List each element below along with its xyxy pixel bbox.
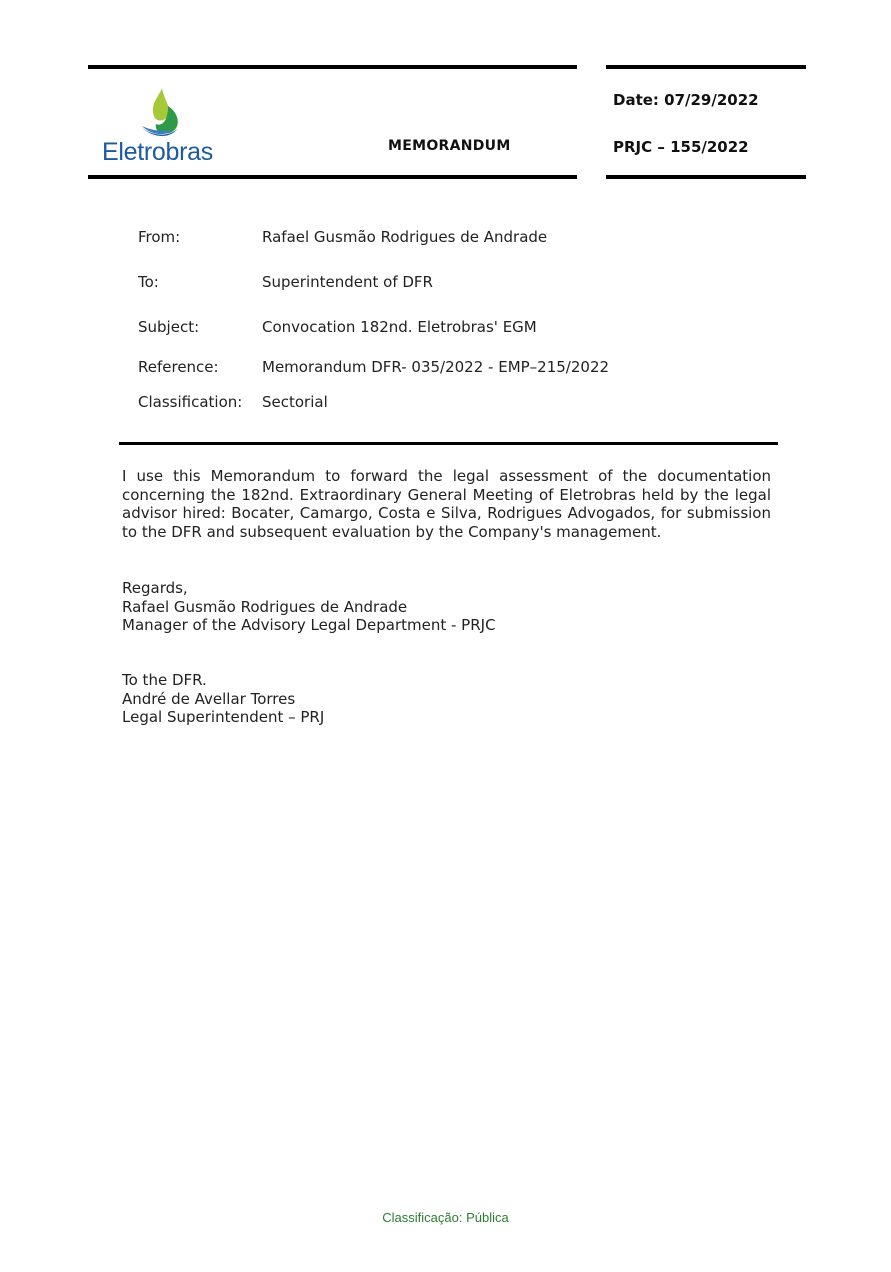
forward-line: To the DFR. xyxy=(122,671,324,690)
signature-role: Manager of the Advisory Legal Department… xyxy=(122,616,496,635)
meta-value: Rafael Gusmão Rodrigues de Andrade xyxy=(262,228,547,246)
meta-label: Classification: xyxy=(138,393,242,411)
meta-divider xyxy=(119,442,778,445)
classification-footer: Classificação: Pública xyxy=(0,1210,891,1225)
meta-value: Superintendent of DFR xyxy=(262,273,433,291)
logo-text: Eletrobras xyxy=(102,138,213,167)
meta-label: From: xyxy=(138,228,180,246)
forward-role: Legal Superintendent – PRJ xyxy=(122,708,324,727)
memo-body: I use this Memorandum to forward the leg… xyxy=(122,467,771,542)
logo-drop-icon xyxy=(100,86,190,142)
header-top-rule-right xyxy=(606,65,806,69)
meta-value: Convocation 182nd. Eletrobras' EGM xyxy=(262,318,537,336)
meta-label: Subject: xyxy=(138,318,199,336)
signature-name: Rafael Gusmão Rodrigues de Andrade xyxy=(122,598,496,617)
header-top-rule-left xyxy=(88,65,577,69)
forward-block: To the DFR. André de Avellar Torres Lega… xyxy=(122,671,324,727)
memo-date: Date: 07/29/2022 xyxy=(613,91,759,109)
memo-number: PRJC – 155/2022 xyxy=(613,138,749,156)
signature-closing: Regards, xyxy=(122,579,496,598)
header-bottom-rule-right xyxy=(606,175,806,179)
header-bottom-rule-left xyxy=(88,175,577,179)
eletrobras-logo: Eletrobras xyxy=(100,86,230,168)
forward-name: André de Avellar Torres xyxy=(122,690,324,709)
meta-label: To: xyxy=(138,273,159,291)
signature-block: Regards, Rafael Gusmão Rodrigues de Andr… xyxy=(122,579,496,635)
meta-label: Reference: xyxy=(138,358,219,376)
meta-value: Sectorial xyxy=(262,393,328,411)
meta-value: Memorandum DFR- 035/2022 - EMP–215/2022 xyxy=(262,358,609,376)
memo-title: MEMORANDUM xyxy=(388,138,511,154)
